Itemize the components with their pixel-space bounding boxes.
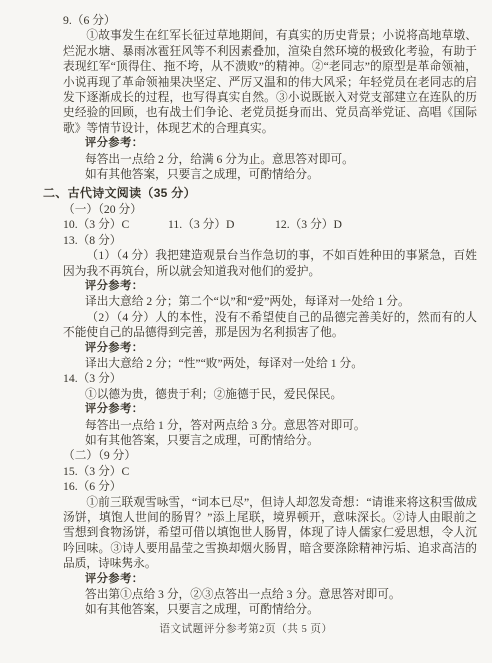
question-16-scoring-ref-line: 答出第①点给 3 分，②③点答出一点给 3 分。意思答对即可。 xyxy=(85,587,477,602)
question-16-answer: ①前三联观雪咏雪，“词本已尽”，但诗人却忽发奇想：“请谁来将这积雪做成汤饼，填饱… xyxy=(63,495,477,572)
question-13-2-answer: （2）（4 分）人的本性，没有不希望使自己的品德完善美好的，然而有的人不能使自己… xyxy=(63,310,477,341)
question-13-1-answer: （1）（4 分）我把建造观景台当作急切的事，不如百姓种田的事紧急，百姓因为我不再… xyxy=(63,248,477,279)
question-13-1-scoring-ref-line: 译出大意给 2 分；第二个“以”和“爱”两处，每译对一处给 1 分。 xyxy=(85,294,477,309)
scanned-exam-answer-page: 9.（6 分） ①故事发生在红军长征过草地期间，有真实的历史背景；小说将高地草墩… xyxy=(0,0,492,663)
question-14-scoring-ref-label: 评分参考： xyxy=(85,402,477,417)
question-9-scoring-ref-line: 每答出一点给 2 分，给满 6 分为止。意思答对即可。 xyxy=(85,152,477,167)
question-16-scoring-ref-line: 如有其他答案，只要言之成理，可酌情给分。 xyxy=(85,602,477,617)
question-14-answer: ①以德为贵，德贵于利；②施德于民，爱民保民。 xyxy=(85,387,477,402)
page-footer: 语文试题评分参考第2页（共 5 页） xyxy=(0,621,492,636)
question-16-number: 16.（6 分） xyxy=(63,479,477,494)
multiple-choice-answers-row: 10.（3 分）C 11.（3 分）D 12.（3 分）D xyxy=(63,217,477,232)
question-14-scoring-ref-line: 如有其他答案，只要言之成理，可酌情给分。 xyxy=(85,433,477,448)
question-10-answer: 10.（3 分）C xyxy=(63,217,168,232)
question-13-1-scoring-ref-label: 评分参考： xyxy=(85,279,477,294)
question-9-number: 9.（6 分） xyxy=(63,13,477,28)
question-15-answer: 15.（3 分）C xyxy=(63,464,477,479)
question-13-number: 13.（8 分） xyxy=(63,233,477,248)
document-body: 9.（6 分） ①故事发生在红军长征过草地期间，有真实的历史背景；小说将高地草墩… xyxy=(43,13,477,618)
part-2-heading: （二）（9 分） xyxy=(63,448,477,463)
question-9-scoring-ref-label: 评分参考： xyxy=(85,136,477,151)
section-2-heading: 二、古代诗文阅读（35 分） xyxy=(43,186,477,201)
question-13-2-scoring-ref-label: 评分参考： xyxy=(85,341,477,356)
question-14-number: 14.（3 分） xyxy=(63,371,477,386)
question-14-scoring-ref-line: 每答出一点给 1 分，答对两点给 3 分。意思答对即可。 xyxy=(85,418,477,433)
question-12-answer: 12.（3 分）D xyxy=(275,217,342,232)
question-16-scoring-ref-label: 评分参考： xyxy=(85,572,477,587)
question-11-answer: 11.（3 分）D xyxy=(168,217,275,232)
question-13-2-scoring-ref-line: 译出大意给 2 分；“性”“败”两处，每译对一处给 1 分。 xyxy=(85,356,477,371)
question-9-scoring-ref-line: 如有其他答案，只要言之成理，可酌情给分。 xyxy=(85,167,477,182)
part-1-heading: （一）（20 分） xyxy=(63,202,477,217)
question-9-answer: ①故事发生在红军长征过草地期间，有真实的历史背景；小说将高地草墩、烂泥水塘、暴雨… xyxy=(63,28,477,136)
